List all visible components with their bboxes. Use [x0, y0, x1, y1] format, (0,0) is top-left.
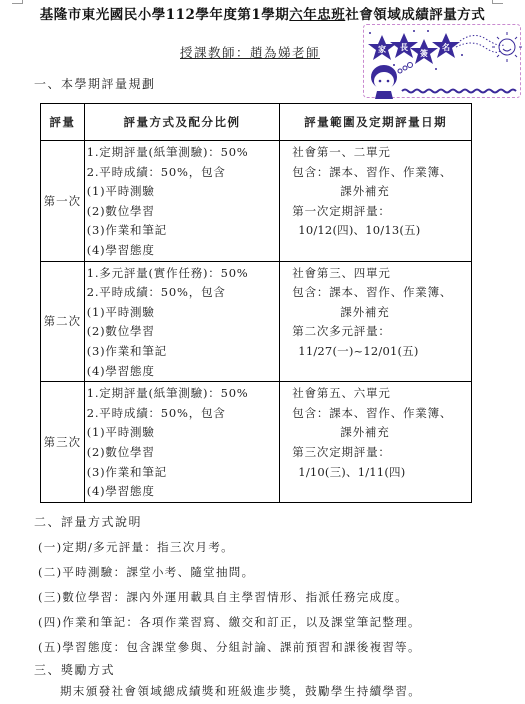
term-cell: 第二次	[41, 261, 85, 382]
section2-heading: 二、評量方式說明	[34, 513, 142, 530]
method-line: 1.多元評量(實作任務)：50%	[87, 264, 280, 284]
explanation-item: (三)數位學習：課內外運用載具自主學習情形、指派任務完成度。	[38, 589, 408, 605]
stamp-illustration-icon: 家 長 簽 名	[364, 25, 522, 99]
assessment-plan-table: 評量 評量方式及配分比例 評量範圍及定期評量日期 第一次 1.定期評量(紙筆測驗…	[40, 103, 472, 503]
method-cell: 1.多元評量(實作任務)：50% 2.平時成績：50%，包含 (1)平時測驗 (…	[84, 261, 280, 382]
svg-text:家: 家	[378, 44, 386, 54]
explanation-item: (五)學習態度：包含課堂參與、分組討論、課前預習和課後複習等。	[38, 639, 421, 655]
title-class: 六年忠班	[289, 7, 345, 23]
term-cell: 第一次	[41, 141, 85, 262]
scope-exam-dates: 11/27(一)~12/01(五)	[292, 342, 471, 362]
method-line: 2.平時成績：50%，包含	[87, 163, 280, 183]
method-line: 2.平時成績：50%，包含	[87, 283, 280, 303]
parent-signature-stamp: 家 長 簽 名	[363, 24, 521, 98]
svg-text:名: 名	[442, 42, 450, 52]
table-header-row: 評量 評量方式及配分比例 評量範圍及定期評量日期	[41, 104, 472, 141]
scope-exam-label: 第二次多元評量：	[292, 322, 471, 342]
header-method: 評量方式及配分比例	[84, 104, 280, 141]
scope-units: 社會第三、四單元	[292, 264, 471, 284]
svg-text:長: 長	[400, 42, 408, 52]
method-line: 1.定期評量(紙筆測驗)：50%	[87, 143, 280, 163]
method-line: (2)數位學習	[87, 202, 280, 222]
scope-includes: 包含：課本、習作、作業簿、	[292, 404, 471, 424]
method-line: 2.平時成績：50%，包含	[87, 404, 280, 424]
scope-exam-label: 第三次定期評量：	[292, 443, 471, 463]
method-line: (1)平時測驗	[87, 423, 280, 443]
header-term: 評量	[41, 104, 85, 141]
method-line: (2)數位學習	[87, 443, 280, 463]
method-line: (4)學習態度	[87, 241, 280, 261]
scope-cell: 社會第五、六單元 包含：課本、習作、作業簿、 課外補充 第三次定期評量： 1/1…	[280, 382, 472, 503]
scope-units: 社會第一、二單元	[292, 143, 471, 163]
title-suffix: 社會領域成績評量方式	[345, 7, 485, 23]
document-title: 基隆市東光國民小學112學年度第1學期六年忠班社會領域成績評量方式	[0, 3, 525, 23]
explanation-item: (一)定期/多元評量：指三次月考。	[38, 539, 234, 555]
method-line: 1.定期評量(紙筆測驗)：50%	[87, 384, 280, 404]
teacher-name: 授課教師：趙為娣老師	[180, 43, 320, 61]
scope-includes-cont: 課外補充	[292, 182, 471, 202]
scope-includes-cont: 課外補充	[292, 423, 471, 443]
explanation-item: (二)平時測驗：課堂小考、隨堂抽問。	[38, 564, 254, 580]
method-line: (3)作業和筆記	[87, 342, 280, 362]
table-row: 第一次 1.定期評量(紙筆測驗)：50% 2.平時成績：50%，包含 (1)平時…	[41, 141, 472, 262]
method-line: (1)平時測驗	[87, 303, 280, 323]
scope-includes: 包含：課本、習作、作業簿、	[292, 163, 471, 183]
scope-units: 社會第五、六單元	[292, 384, 471, 404]
scope-includes: 包含：課本、習作、作業簿、	[292, 283, 471, 303]
method-line: (4)學習態度	[87, 482, 280, 502]
method-line: (2)數位學習	[87, 322, 280, 342]
table-row: 第三次 1.定期評量(紙筆測驗)：50% 2.平時成績：50%，包含 (1)平時…	[41, 382, 472, 503]
scope-exam-label: 第一次定期評量：	[292, 202, 471, 222]
explanation-item: (四)作業和筆記：各項作業習寫、繳交和訂正，以及課堂筆記整理。	[38, 614, 421, 630]
title-prefix: 基隆市東光國民小學112學年度第1學期	[40, 7, 290, 23]
reward-description: 期末頒發社會領域總成績獎和班級進步獎，鼓勵學生持續學習。	[60, 683, 421, 699]
header-scope: 評量範圍及定期評量日期	[280, 104, 472, 141]
method-line: (3)作業和筆記	[87, 463, 280, 483]
method-cell: 1.定期評量(紙筆測驗)：50% 2.平時成績：50%，包含 (1)平時測驗 (…	[84, 141, 280, 262]
scope-cell: 社會第三、四單元 包含：課本、習作、作業簿、 課外補充 第二次多元評量： 11/…	[280, 261, 472, 382]
section3-heading: 三、獎勵方式	[34, 661, 115, 678]
term-cell: 第三次	[41, 382, 85, 503]
scope-exam-dates: 10/12(四)、10/13(五)	[292, 221, 471, 241]
section1-heading: 一、本學期評量規劃	[34, 75, 156, 92]
svg-text:簽: 簽	[420, 48, 428, 58]
method-line: (3)作業和筆記	[87, 221, 280, 241]
method-line: (1)平時測驗	[87, 182, 280, 202]
method-line: (4)學習態度	[87, 362, 280, 382]
table-row: 第二次 1.多元評量(實作任務)：50% 2.平時成績：50%，包含 (1)平時…	[41, 261, 472, 382]
scope-includes-cont: 課外補充	[292, 303, 471, 323]
scope-exam-dates: 1/10(三)、1/11(四)	[292, 463, 471, 483]
scope-cell: 社會第一、二單元 包含：課本、習作、作業簿、 課外補充 第一次定期評量： 10/…	[280, 141, 472, 262]
method-cell: 1.定期評量(紙筆測驗)：50% 2.平時成績：50%，包含 (1)平時測驗 (…	[84, 382, 280, 503]
